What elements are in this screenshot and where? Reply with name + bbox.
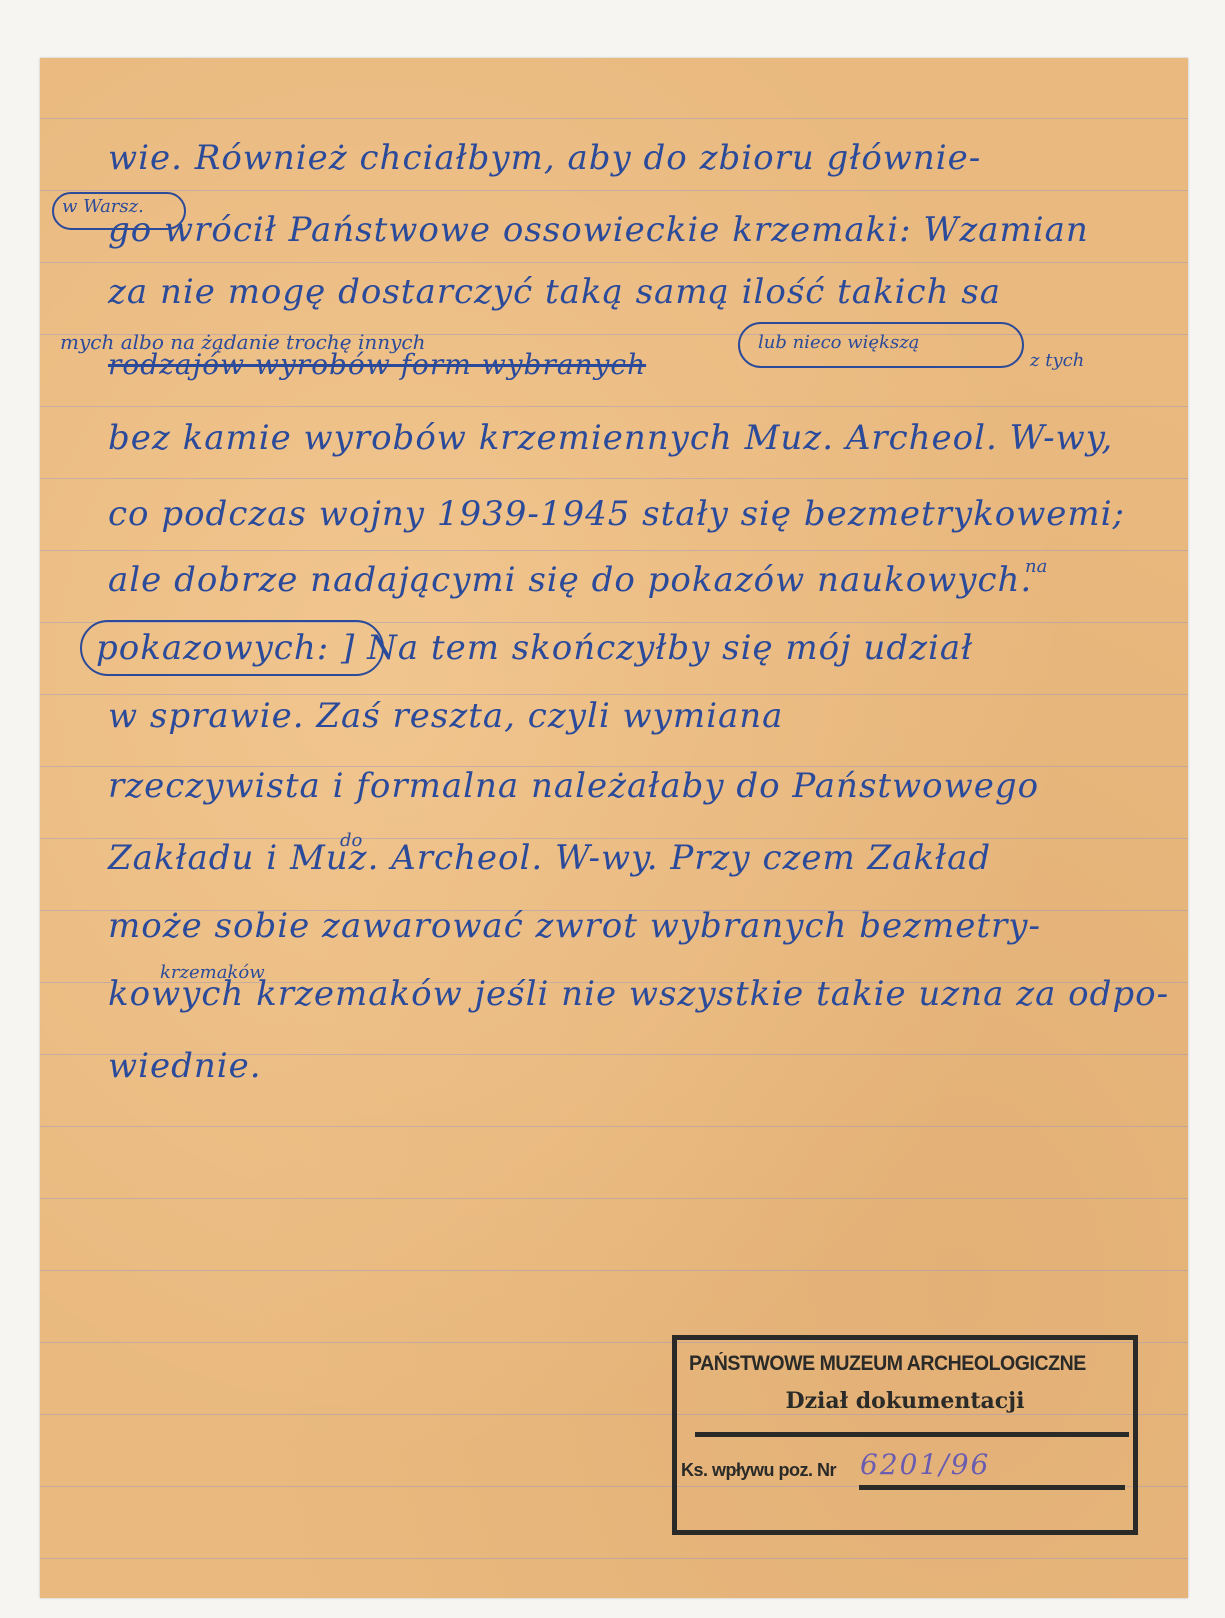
stamp-institution: PAŃSTWOWE MUZEUM ARCHEOLOGICZNE	[689, 1352, 1096, 1376]
handwritten-line: Zakładu i Muz. Archeol. W-wy. Przy czem …	[108, 838, 991, 878]
handwritten-line-struck: rodzajów wyrobów form wybranych	[108, 348, 646, 381]
ruled-line	[40, 1558, 1188, 1559]
circled-insertion: lub nieco większą	[758, 332, 919, 353]
handwritten-line: co podczas wojny 1939-1945 stały się bez…	[108, 494, 1125, 534]
superscript-insertion: krzemaków	[160, 962, 265, 983]
handwritten-line: bez kamie wyrobów krzemiennych Muz. Arch…	[108, 418, 1113, 458]
ruled-line	[40, 1198, 1188, 1199]
ruled-line	[40, 1270, 1188, 1271]
circled-insertion: w Warsz.	[62, 196, 144, 217]
ruled-line	[40, 694, 1188, 695]
ruled-line	[40, 550, 1188, 551]
stamp-department: Dział dokumentacji	[677, 1388, 1133, 1414]
ruled-line	[40, 406, 1188, 407]
handwritten-line: wiednie.	[108, 1046, 262, 1086]
stamp-divider	[695, 1432, 1129, 1437]
handwritten-line: kowych krzemaków jeśli nie wszystkie tak…	[108, 974, 1169, 1014]
struck-margin-note: z tych	[1030, 350, 1084, 371]
ruled-line	[40, 190, 1188, 191]
ruled-line	[40, 262, 1188, 263]
stamp-entry-number: 6201/96	[860, 1448, 990, 1481]
handwritten-line: rzeczywista i formalna należałaby do Pań…	[108, 766, 1039, 806]
handwritten-line: wie. Również chciałbym, aby do zbioru gł…	[108, 138, 981, 178]
handwritten-line: w sprawie. Zaś reszta, czyli wymiana	[108, 696, 783, 736]
superscript-insertion: na	[1025, 556, 1047, 577]
handwritten-line: za nie mogę dostarczyć taką samą ilość t…	[108, 272, 1001, 312]
ruled-line	[40, 118, 1188, 119]
handwritten-line: ale dobrze nadającymi się do pokazów nau…	[108, 560, 1032, 600]
ruled-line	[40, 478, 1188, 479]
ruled-line	[40, 1126, 1188, 1127]
stamp-number-underline	[859, 1485, 1125, 1490]
stamp-entry-label: Ks. wpływu poz. Nr	[681, 1460, 836, 1481]
circled-insertion-outline	[80, 620, 384, 676]
handwritten-line: może sobie zawarować zwrot wybranych bez…	[108, 906, 1041, 946]
archive-stamp: PAŃSTWOWE MUZEUM ARCHEOLOGICZNE Dział do…	[672, 1335, 1138, 1535]
superscript-insertion: do	[340, 830, 362, 851]
handwritten-line: go wrócił Państwowe ossowieckie krzemaki…	[108, 210, 1089, 250]
